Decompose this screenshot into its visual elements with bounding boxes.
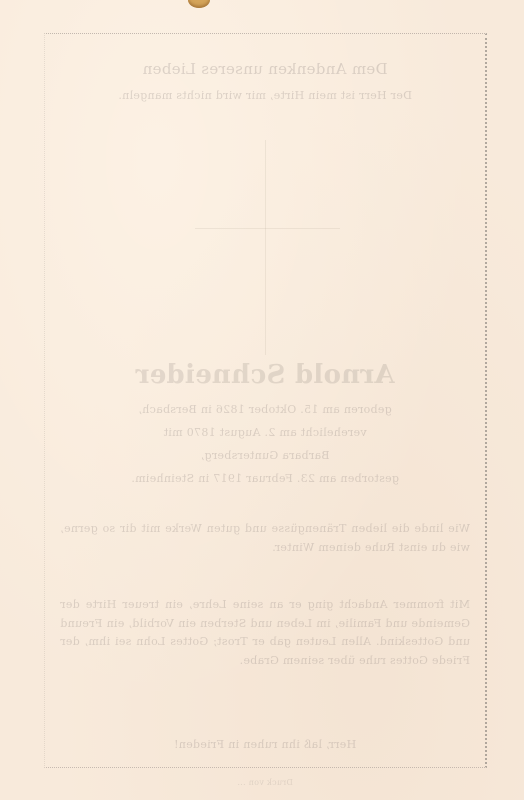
life-line: Barbara Guntersberg, (50, 444, 480, 467)
cross-vertical-bleed (265, 140, 266, 355)
life-line: geboren am 15. Oktober 1826 in Bersbach, (50, 398, 480, 421)
deceased-name: Arnold Schneider (50, 360, 480, 390)
header-line-2: Der Herr ist mein Hirte, mir wird nichts… (50, 88, 480, 103)
cross-horizontal-bleed (195, 228, 340, 229)
life-line: gestorben am 23. Februar 1917 in Steinhe… (50, 467, 480, 490)
life-dates: geboren am 15. Oktober 1826 in Bersbach,… (50, 398, 480, 490)
header-line-1: Dem Andenken unseres Lieben (50, 60, 480, 78)
closing-prayer: Herr, laß ihn ruhen in Frieden! (50, 738, 480, 751)
life-line: verehelicht am 2. August 1870 mit (50, 421, 480, 444)
paragraph-1: Wie linde die lieben Tränengüsse und gut… (50, 520, 480, 557)
paragraph-2: Mit frommer Andacht ging er an seine Leh… (50, 596, 480, 670)
printer-footer: Druck von ... (50, 778, 480, 787)
